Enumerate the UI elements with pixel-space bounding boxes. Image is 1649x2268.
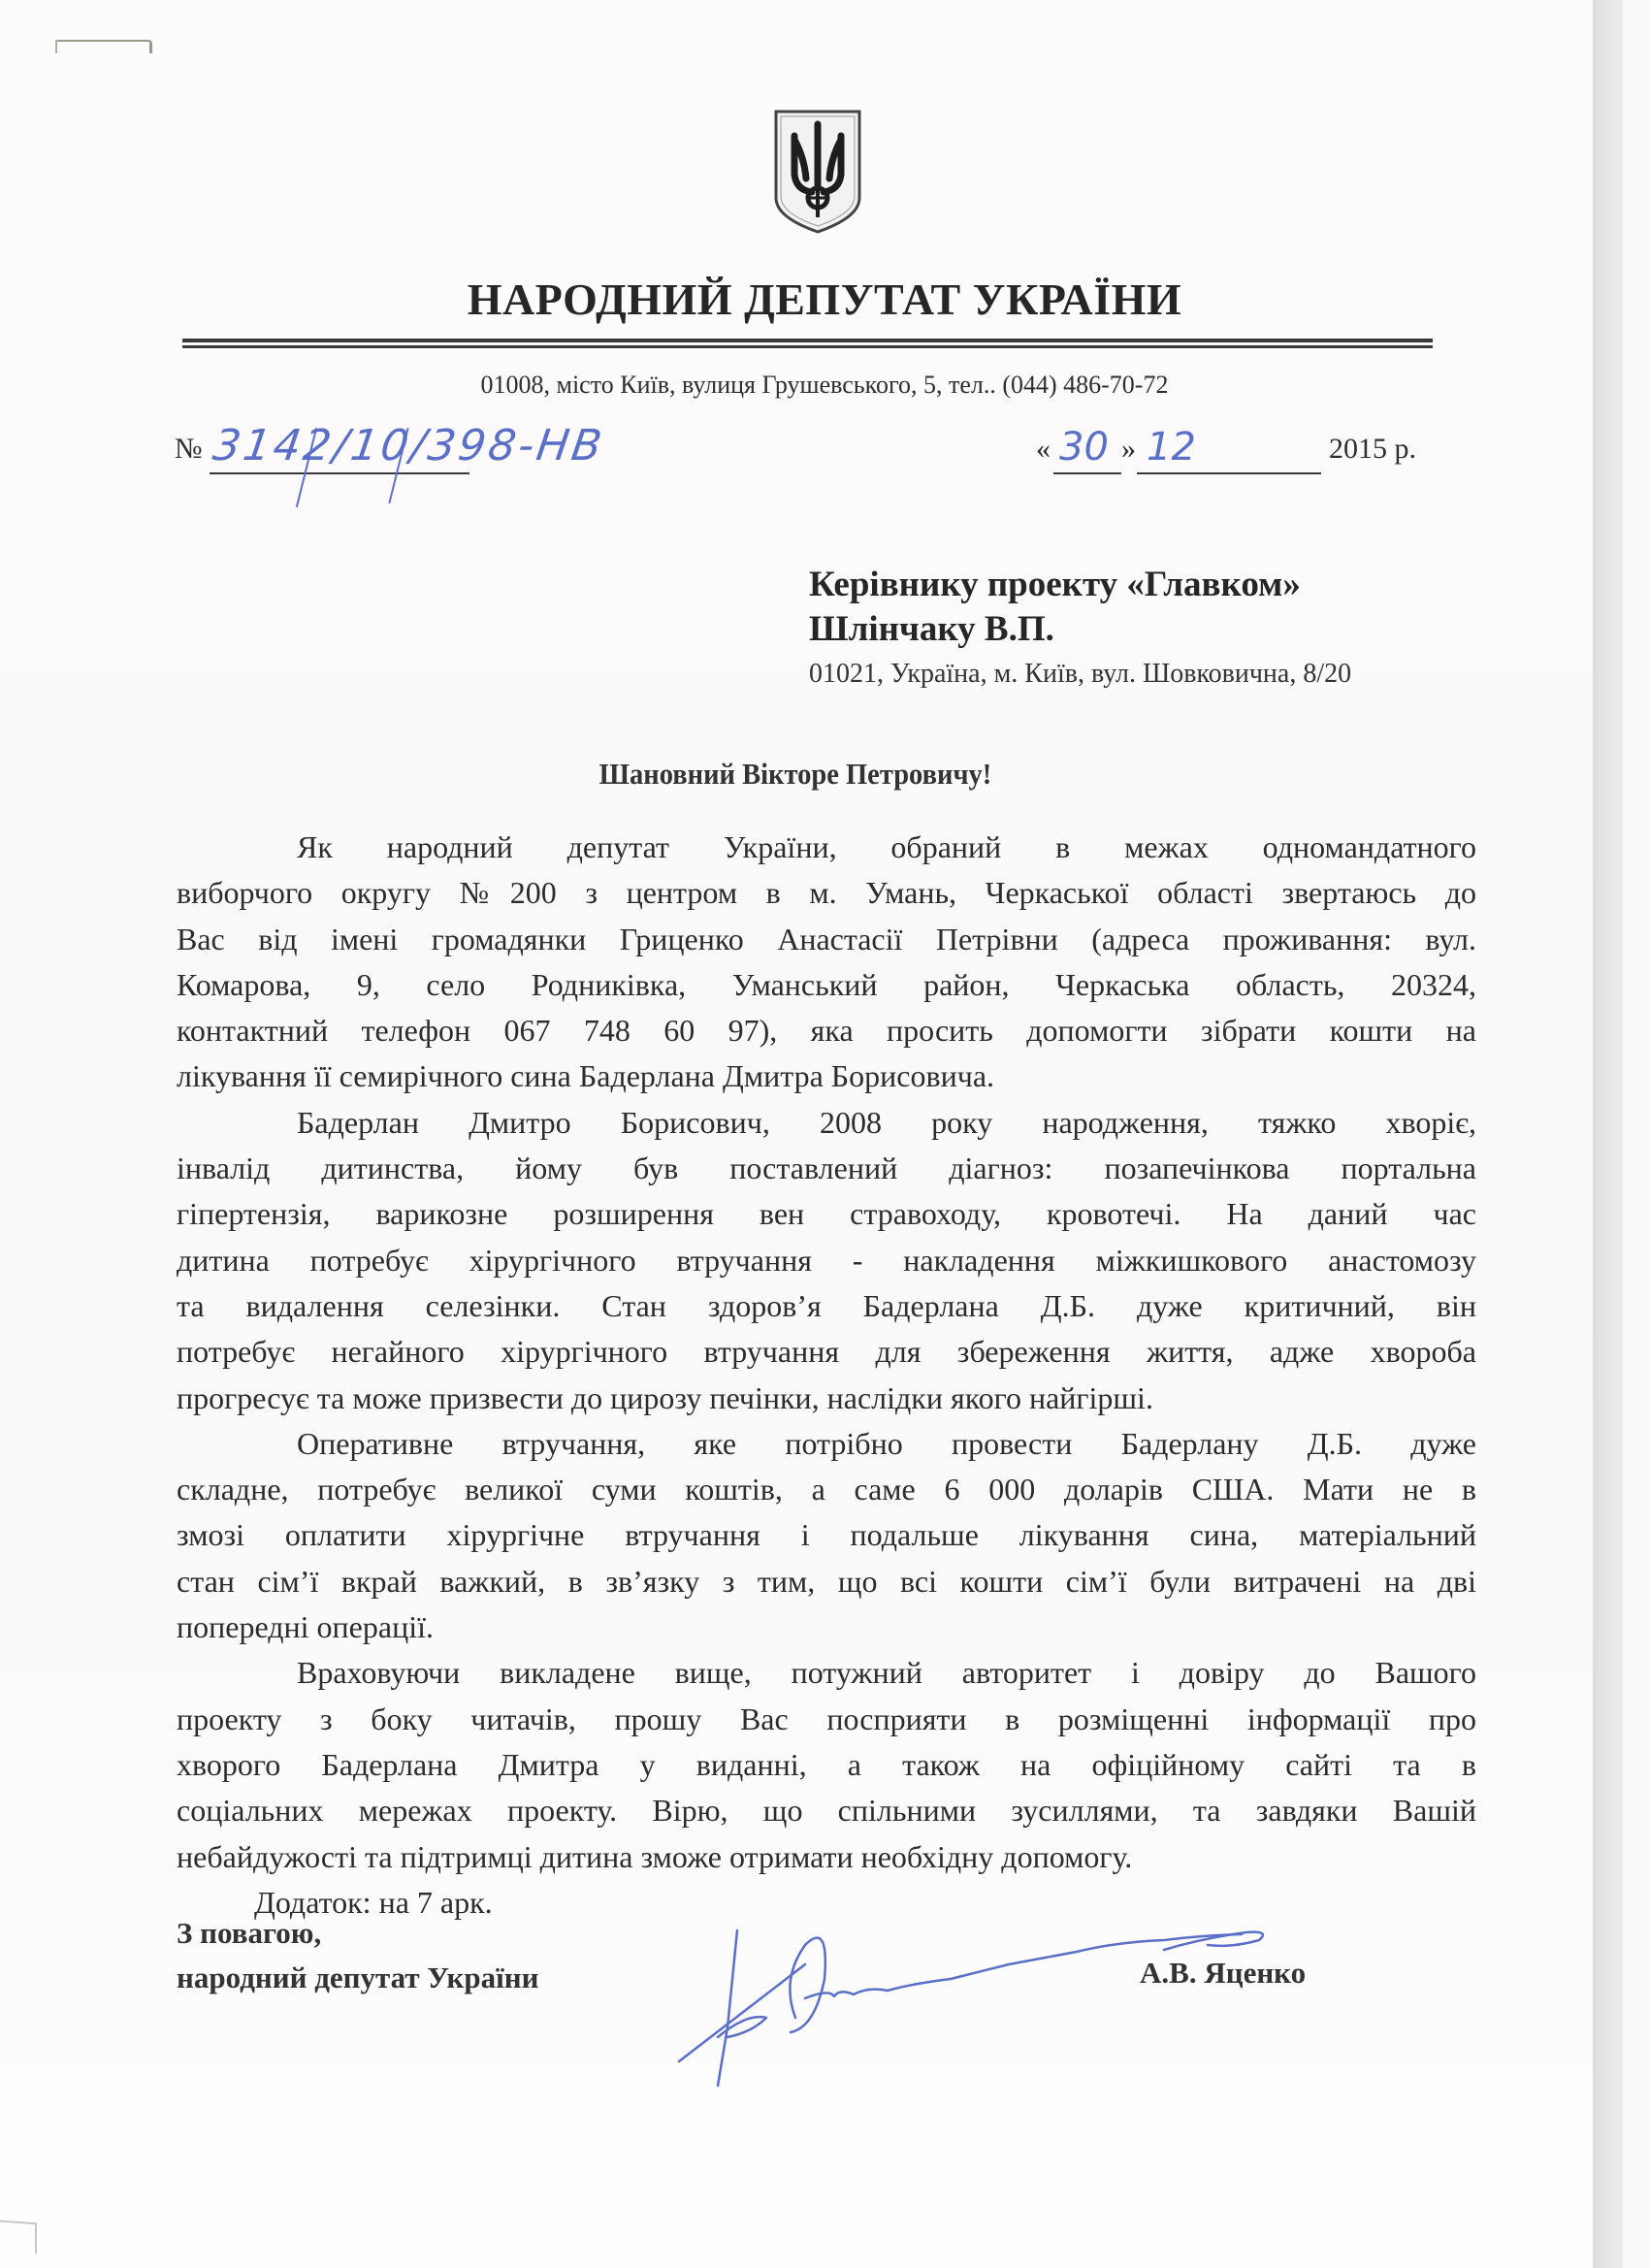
date-close-quote: » [1121, 433, 1136, 466]
letterhead-rule-bottom [182, 345, 1433, 348]
body-line: гіпертензія, варикозне розширення вен ст… [177, 1191, 1476, 1237]
recipient-name: Шлінчаку В.П. [809, 607, 1351, 652]
staple-mark-bottom [0, 2220, 37, 2254]
body-paragraph: Як народний депутат України, обраний в м… [177, 825, 1476, 1100]
body-line: хворого Бадерлана Дмитра у виданні, а та… [177, 1742, 1476, 1788]
body-line: дитина потребує хірургічного втручання -… [177, 1238, 1476, 1283]
reference-number-prefix: № [175, 433, 203, 466]
date-month-handwritten: 12 [1147, 425, 1196, 470]
date-day-handwritten: 30 [1059, 425, 1109, 470]
body-line: Враховуючи викладене вище, потужний авто… [177, 1650, 1476, 1696]
body-line: контактний телефон 067 748 60 97), яка п… [177, 1008, 1476, 1053]
body-line: проекту з боку читачів, прошу Вас поспри… [177, 1697, 1476, 1742]
closing-regards: З повагою, [177, 1911, 538, 1956]
closing-position: народний депутат України [177, 1956, 538, 2000]
body-line: прогресує та може призвести до цирозу пе… [177, 1376, 1476, 1421]
letterhead-title: НАРОДНИЙ ДЕПУТАТ УКРАЇНИ [0, 274, 1649, 325]
body-line: та видалення селезінки. Стан здоров’я Ба… [177, 1283, 1476, 1329]
body-paragraph: Бадерлан Дмитро Борисович, 2008 року нар… [177, 1100, 1476, 1421]
letterhead-rule-top [182, 339, 1433, 342]
body-line: попередні операції. [177, 1604, 1476, 1650]
body-line: Оперативне втручання, яке потрібно прове… [177, 1421, 1476, 1467]
date-month-underline [1137, 472, 1321, 474]
reference-number-underline [210, 472, 469, 474]
date-open-quote: « [1036, 433, 1051, 466]
recipient-block: Керівнику проекту «Главком» Шлінчаку В.П… [809, 563, 1351, 697]
body-line: стан сім’ї вкрай важкий, в зв’язку з тим… [177, 1559, 1476, 1604]
body-line: лікування її семирічного сина Бадерлана … [177, 1053, 1476, 1099]
letterhead-address: 01008, місто Київ, вулиця Грушевського, … [0, 371, 1649, 400]
body-line: Комарова, 9, село Родниківка, Уманський … [177, 962, 1476, 1008]
body-line: Вас від імені громадянки Гриценко Анаста… [177, 917, 1476, 962]
signer-name: А.В. Яценко [1140, 1956, 1306, 1991]
body-line: змозі оплатити хірургічне втручання і по… [177, 1512, 1476, 1558]
body-line: соціальних мережах проекту. Вірю, що спі… [177, 1788, 1476, 1833]
handwritten-signature-icon [660, 1921, 1397, 2095]
date-day-underline [1053, 472, 1121, 474]
body-paragraph: Враховуючи викладене вище, потужний авто… [177, 1650, 1476, 1879]
letter-body: Як народний депутат України, обраний в м… [177, 825, 1476, 1926]
body-line: інвалід дитинства, йому був поставлений … [177, 1146, 1476, 1191]
date-year: 2015 р. [1329, 433, 1416, 466]
scan-margin [1623, 0, 1649, 2268]
body-line: Бадерлан Дмитро Борисович, 2008 року нар… [177, 1100, 1476, 1146]
scan-edge-shadow [1593, 0, 1623, 2268]
recipient-address: 01021, Україна, м. Київ, вул. Шовковична… [809, 652, 1351, 697]
recipient-title: Керівнику проекту «Главком» [809, 563, 1351, 607]
body-line: потребує негайного хірургічного втручанн… [177, 1329, 1476, 1375]
body-line: небайдужості та підтримці дитина зможе о… [177, 1834, 1476, 1880]
staple-mark [55, 40, 152, 53]
salutation: Шановний Вікторе Петровичу! [64, 757, 1528, 792]
body-line: виборчого округу №200 з центром в м. Ума… [177, 870, 1476, 916]
closing-block: З повагою, народний депутат України [177, 1911, 538, 2000]
body-line: Як народний депутат України, обраний в м… [177, 825, 1476, 870]
body-paragraph: Оперативне втручання, яке потрібно прове… [177, 1421, 1476, 1650]
ukraine-trident-icon [773, 109, 862, 235]
body-line: складне, потребує великої суми коштів, а… [177, 1467, 1476, 1512]
